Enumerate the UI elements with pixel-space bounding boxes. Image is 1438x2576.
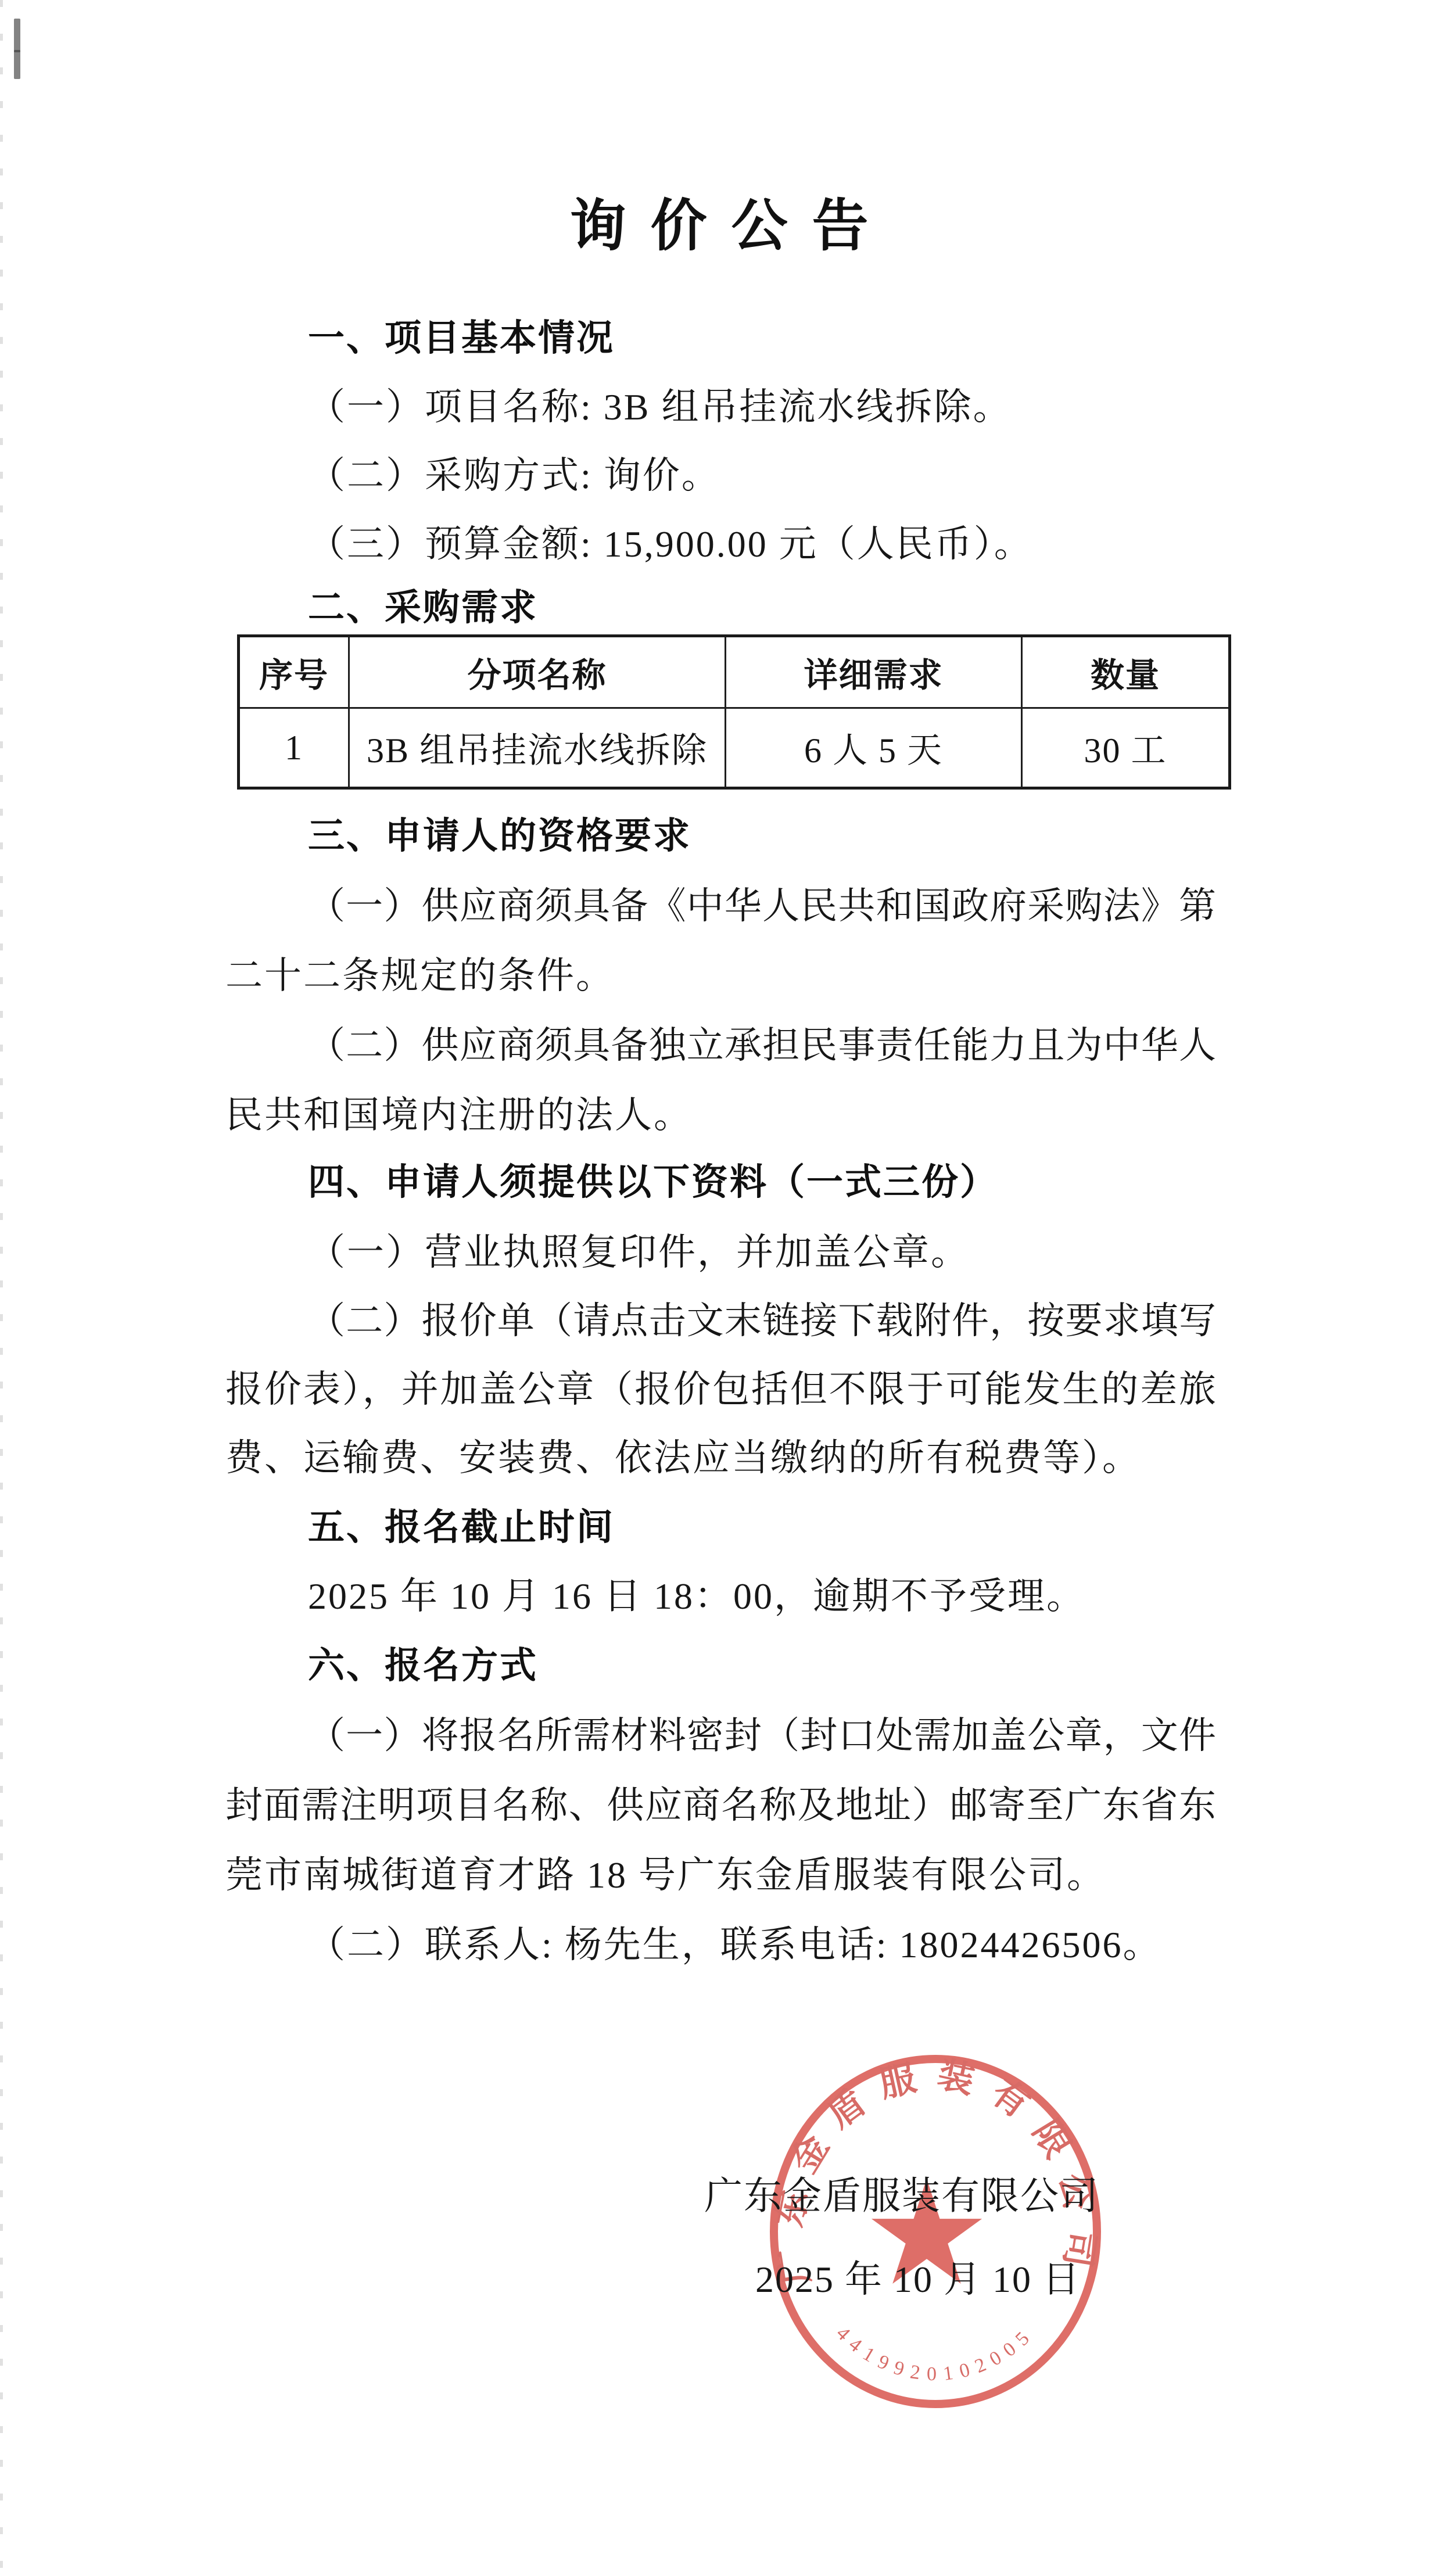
contact-line: （二）联系人: 杨先生，联系电话: 18024426506。 xyxy=(308,1925,1162,1965)
section-5-heading: 五、报名截止时间 xyxy=(308,1508,615,1547)
scan-mark-artifact xyxy=(14,50,20,79)
document-title: 询价公告 xyxy=(0,180,1438,261)
registration-line-1: （一）将报名所需材料密封（封口处需加盖公章，文件 xyxy=(308,1716,1216,1756)
section-4-heading: 四、申请人须提供以下资料（一式三份） xyxy=(308,1163,998,1202)
table-header-row: 序号 分项名称 详细需求 数量 xyxy=(239,636,1230,708)
materials-line-3: 报价表），并加盖公章（报价包括但不限于可能发生的差旅 xyxy=(225,1369,1216,1409)
cell-detail: 6 人 5 天 xyxy=(726,708,1022,788)
materials-line-2: （二）报价单（请点击文末链接下载附件，按要求填写 xyxy=(308,1301,1216,1341)
section-3-heading: 三、申请人的资格要求 xyxy=(308,816,691,856)
svg-text:4419920102005: 4419920102005 xyxy=(832,2323,1039,2385)
col-header-quantity: 数量 xyxy=(1022,636,1230,708)
qualification-line-2: 二十二条规定的条件。 xyxy=(225,956,615,996)
seal-ring xyxy=(774,2059,1097,2404)
cell-item: 3B 组吊挂流水线拆除 xyxy=(349,708,726,788)
purchase-method-line: （二）采购方式: 询价。 xyxy=(308,455,720,496)
section-1-heading: 一、项目基本情况 xyxy=(308,318,615,358)
col-header-index: 序号 xyxy=(239,636,349,708)
procurement-demand-table: 序号 分项名称 详细需求 数量 1 3B 组吊挂流水线拆除 6 人 5 天 30… xyxy=(237,634,1231,790)
qualification-line-1: （一）供应商须具备《中华人民共和国政府采购法》第 xyxy=(308,886,1216,926)
qualification-line-3: （二）供应商须具备独立承担民事责任能力且为中华人 xyxy=(308,1025,1216,1065)
scan-mark-artifact xyxy=(14,19,20,52)
budget-line: （三）预算金额: 15,900.00 元（人民币）。 xyxy=(308,524,1033,564)
registration-line-3: 莞市南城街道育才路 18 号广东金盾服装有限公司。 xyxy=(225,1855,1106,1895)
cell-index: 1 xyxy=(239,708,349,788)
col-header-item: 分项名称 xyxy=(349,636,726,708)
table-row: 1 3B 组吊挂流水线拆除 6 人 5 天 30 工 xyxy=(239,708,1230,788)
section-6-heading: 六、报名方式 xyxy=(308,1646,538,1685)
materials-line-4: 费、运输费、安装费、依法应当缴纳的所有税费等）。 xyxy=(225,1438,1141,1478)
materials-line-1: （一）营业执照复印件，并加盖公章。 xyxy=(308,1232,970,1272)
section-2-heading: 二、采购需求 xyxy=(308,588,538,627)
signature-date: 2025 年 10 月 10 日 xyxy=(755,2249,1081,2303)
col-header-detail: 详细需求 xyxy=(726,636,1022,708)
qualification-line-4: 民共和国境内注册的法人。 xyxy=(225,1095,693,1135)
cell-quantity: 30 工 xyxy=(1022,708,1230,788)
project-name-line: （一）项目名称: 3B 组吊挂流水线拆除。 xyxy=(308,387,1012,427)
deadline-line: 2025 年 10 月 16 日 18：00，逾期不予受理。 xyxy=(308,1576,1085,1616)
signature-company: 广东金盾服装有限公司 xyxy=(704,2165,1099,2220)
scan-noise-artifact xyxy=(0,0,3,2576)
scanned-document-page: 询价公告 一、项目基本情况（一）项目名称: 3B 组吊挂流水线拆除。（二）采购方… xyxy=(0,0,1438,2576)
registration-line-2: 封面需注明项目名称、供应商名称及地址）邮寄至广东省东 xyxy=(225,1785,1216,1825)
seal-number-text: 4419920102005 xyxy=(832,2323,1039,2385)
